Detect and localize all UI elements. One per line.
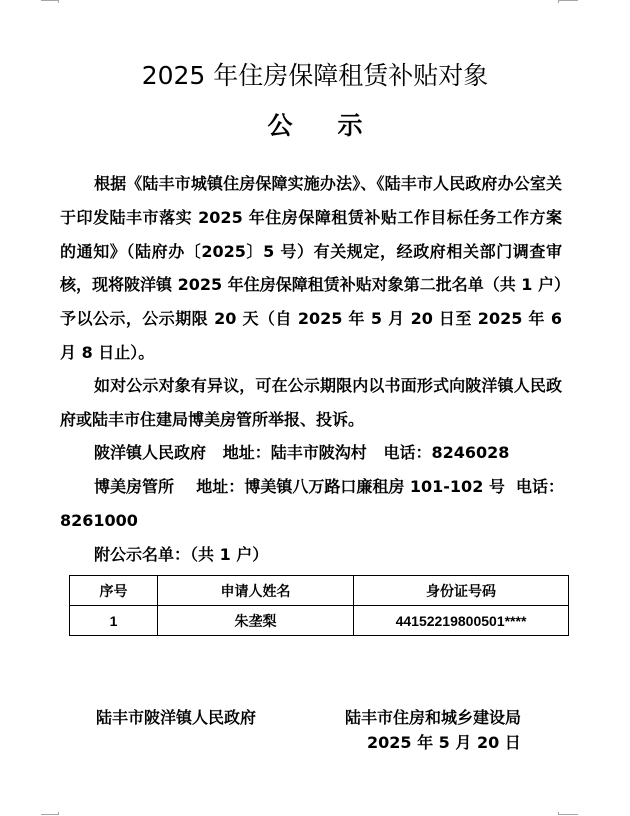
contact-phone-label: 电话： <box>383 443 431 462</box>
contact-phone-wrapped: 8261000 <box>60 504 570 538</box>
attachment-label: 附公示名单：（共 1 户） <box>60 538 604 572</box>
signature-housing-bureau: 陆丰市住房和城乡建设局 <box>345 706 521 730</box>
contact-phone: 8246028 <box>432 443 510 462</box>
objection-paragraph: 如对公示对象有异议，可在公示期限内以书面形式向陂洋镇人民政府或陆丰市住建局博美房… <box>60 369 562 437</box>
contact-address-label: 地址： <box>223 443 271 462</box>
signature-date: 2025 年 5 月 20 日 <box>367 731 521 755</box>
contact-line-housing-office: 博美房管所 地址：博美镇八万路口廉租房 101-102 号 电话： <box>60 470 604 504</box>
contact-address: 陆丰市陂沟村 <box>271 443 367 462</box>
column-header-id-number: 身份证号码 <box>354 576 569 606</box>
contact-address-label: 地址： <box>196 477 244 496</box>
signature-township-government: 陆丰市陂洋镇人民政府 <box>96 706 256 730</box>
document-title: 2025 年住房保障租赁补贴对象 <box>0 56 630 96</box>
column-header-serial: 序号 <box>70 576 158 606</box>
contact-address: 博美镇八万路口廉租房 101-102 号 <box>244 477 505 496</box>
contact-org: 博美房管所 <box>94 477 174 496</box>
column-header-applicant-name: 申请人姓名 <box>158 576 354 606</box>
contact-phone-label: 电话： <box>516 477 564 496</box>
document-subtitle: 公示 <box>0 106 630 146</box>
notice-paragraph: 根据《陆丰市城镇住房保障实施办法》、《陆丰市人民政府办公室关于印发陆丰市落实 2… <box>60 167 562 370</box>
subtitle-char-1: 公 <box>267 106 292 146</box>
cell-applicant-name: 朱垄梨 <box>158 606 354 636</box>
contact-org: 陂洋镇人民政府 <box>94 443 206 462</box>
page-corner-mark-bottom-left <box>41 814 59 815</box>
table-header-row: 序号 申请人姓名 身份证号码 <box>70 576 569 606</box>
recipient-table: 序号 申请人姓名 身份证号码 1 朱垄梨 44152219800501**** <box>69 575 569 636</box>
page-corner-mark-bottom-right <box>558 814 578 815</box>
page-corner-mark-top-right <box>558 0 578 1</box>
contact-line-township-government: 陂洋镇人民政府 地址：陆丰市陂沟村 电话：8246028 <box>60 436 604 470</box>
subtitle-char-2: 示 <box>338 106 363 146</box>
table-row: 1 朱垄梨 44152219800501**** <box>70 606 569 636</box>
cell-id-number: 44152219800501**** <box>354 606 569 636</box>
page-corner-mark-top-left <box>41 0 59 1</box>
cell-serial: 1 <box>70 606 158 636</box>
